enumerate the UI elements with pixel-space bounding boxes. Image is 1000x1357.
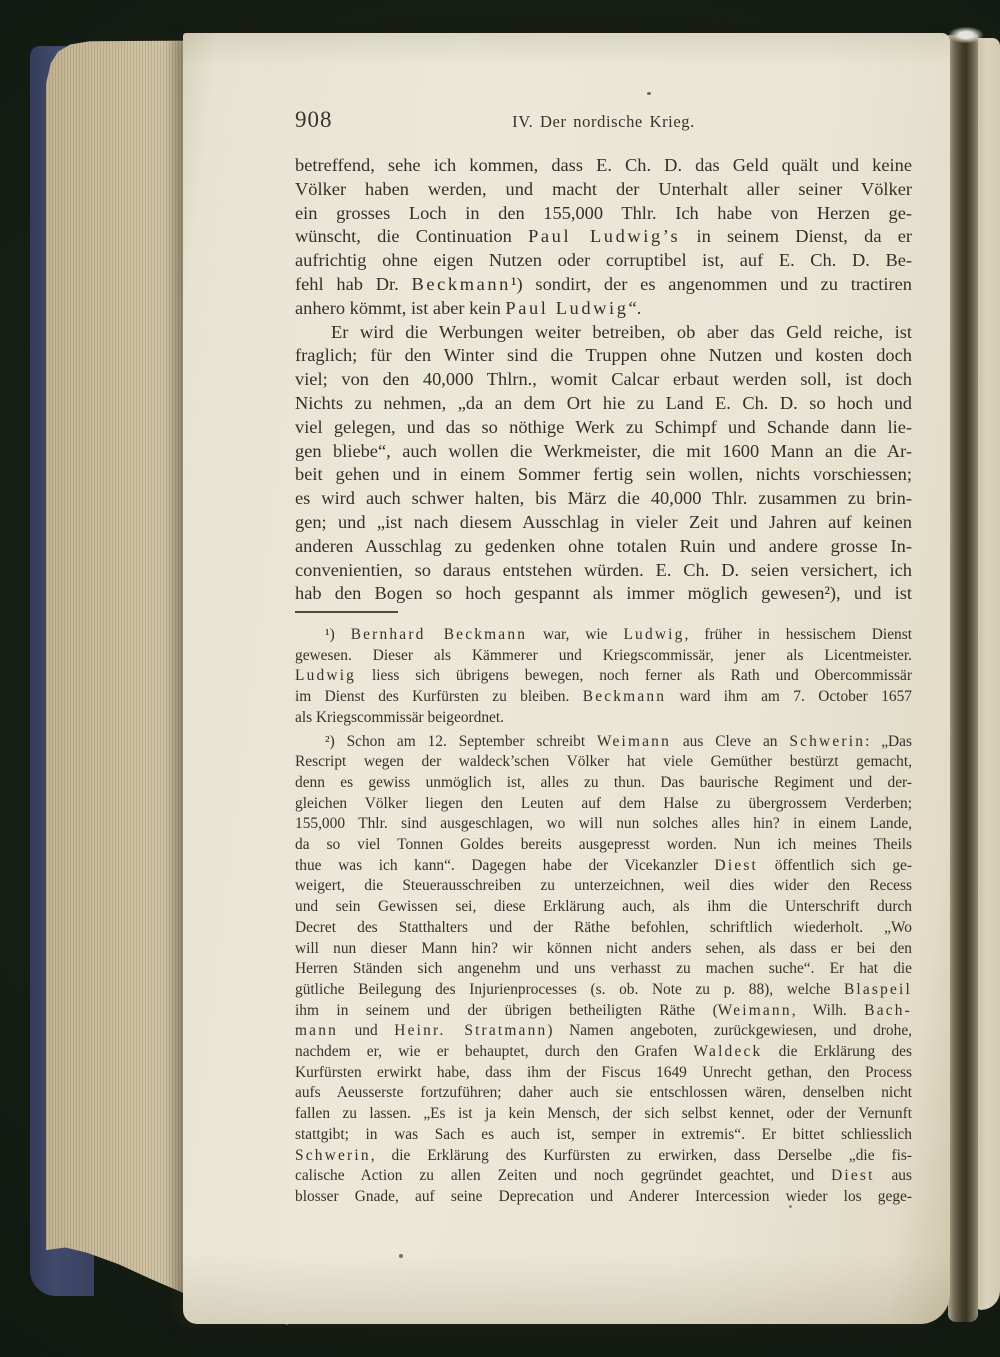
facing-page-edge [977, 38, 1000, 1310]
footnote-separator [295, 611, 398, 613]
footnote-1: ¹) Bernhard Beckmann war, wie Ludwig, fr… [295, 625, 912, 729]
paragraph-1: betreffend, sehe ich kommen, dass E. Ch.… [295, 154, 912, 321]
text-line: Herren Ständen sich angenehm und uns ver… [295, 959, 912, 980]
text-line: fallen zu lassen. „Es ist ja kein Mensch… [295, 1104, 912, 1125]
text-line: hab den Bogen so hoch gespannt als immer… [295, 582, 912, 606]
text-line: viel gelegen, und das so nöthige Werk zu… [295, 416, 912, 440]
spaced-name: Beckmann [583, 688, 666, 705]
text-line: im Dienst des Kurfürsten zu bleiben. Bec… [295, 687, 912, 708]
text-line: viel; von den 40,000 Thlrn., womit Calca… [295, 368, 912, 392]
spaced-name: Ludwig [623, 626, 684, 643]
text-line: Er wird die Werbungen weiter betreiben, … [295, 321, 912, 345]
spaced-name: Weimann [597, 733, 671, 750]
spaced-name: Heinr. Stratmann [394, 1022, 547, 1039]
text-line: will nun dieser Mann hin? wir können nic… [295, 939, 912, 960]
spaced-name: Bernhard Beckmann [351, 626, 527, 643]
text-line: als Kriegscommissär beigeordnet. [295, 708, 912, 729]
text-line: gewesen. Dieser als Kämmerer und Kriegsc… [295, 646, 912, 667]
spaced-name: Beckmann [412, 274, 511, 294]
spaced-name: Diest [715, 857, 759, 874]
text-line: aufrichtig ohne eigen Nutzen oder corrup… [295, 249, 912, 273]
text-line: ¹) Bernhard Beckmann war, wie Ludwig, fr… [295, 625, 912, 646]
text-line: Decret des Statthalters und der Räthe be… [295, 918, 912, 939]
dust-speck [647, 92, 651, 95]
spaced-name: Blaspeil [844, 981, 912, 998]
text-line: und sein Gewissen sei, diese Erklärung a… [295, 897, 912, 918]
text-line: nachdem er, wie er behauptet, durch den … [295, 1042, 912, 1063]
paragraph-2: Er wird die Werbungen weiter betreiben, … [295, 321, 912, 607]
text-line: ein grosses Loch in den 155,000 Thlr. Ic… [295, 202, 912, 226]
text-line: Kurfürsten erwirkt habe, dass ihm der Fi… [295, 1063, 912, 1084]
text-line: da so viel Tonnen Goldes bereits ausgepr… [295, 835, 912, 856]
text-line: Nichts zu nehmen, „da an dem Ort hie zu … [295, 392, 912, 416]
text-line: convenientien, so daraus entstehen würde… [295, 559, 912, 583]
spaced-name: Ludwig [295, 667, 356, 684]
text-line: anderen Ausschlag zu gedenken ohne total… [295, 535, 912, 559]
text-line: betreffend, sehe ich kommen, dass E. Ch.… [295, 154, 912, 178]
spaced-name: Paul Ludwig’s [528, 226, 680, 246]
text-line: weigert, die Steuerausschreiben zu unter… [295, 876, 912, 897]
text-line: thue was ich kann“. Dagegen habe der Vic… [295, 856, 912, 877]
text-line: fraglich; für den Winter sind die Truppe… [295, 344, 912, 368]
spaced-name: mann [295, 1022, 338, 1039]
text-line: wünscht, die Continuation Paul Ludwig’s … [295, 225, 912, 249]
book-scan: 908 IV. Der nordische Krieg. betreffend,… [0, 0, 1000, 1357]
text-line: Schwerin, die Erklärung des Kurfürsten z… [295, 1146, 912, 1167]
spaced-name: Weimann [718, 1002, 792, 1019]
text-line: beit gehen und in einem Sommer fertig se… [295, 463, 912, 487]
spaced-name: Bach- [864, 1002, 912, 1019]
text-line: gleichen Völker liegen den Leuten auf de… [295, 794, 912, 815]
text-line: gen; und „ist nach diesem Ausschlag in v… [295, 511, 912, 535]
text-line: stattgibt; in was Sach es auch ist, semp… [295, 1125, 912, 1146]
text-line: ihm in seinem und der übrigen betheiligt… [295, 1001, 912, 1022]
dust-speck [399, 1254, 403, 1258]
text-line: Rescript wegen der waldeck’schen Völker … [295, 752, 912, 773]
footnotes: ¹) Bernhard Beckmann war, wie Ludwig, fr… [295, 625, 912, 1208]
text-line: Völker haben werden, und macht der Unter… [295, 178, 912, 202]
spaced-name: Schwerin [789, 733, 865, 750]
dust-speck [789, 1205, 792, 1208]
text-line: es wird auch schwer halten, bis März die… [295, 487, 912, 511]
text-line: aufs Aeusserste fortzuführen; daher auch… [295, 1083, 912, 1104]
gutter-top-highlight [949, 27, 983, 43]
text-line: 155,000 Thlr. sind ausgeschlagen, wo wil… [295, 814, 912, 835]
text-line: gütliche Beilegung des Injurienprocesses… [295, 980, 912, 1001]
text-line: ²) Schon am 12. September schreibt Weima… [295, 732, 912, 753]
running-head: IV. Der nordische Krieg. [295, 112, 912, 132]
text-line: denn es gewiss unmöglich ist, alles zu t… [295, 773, 912, 794]
main-text: betreffend, sehe ich kommen, dass E. Ch.… [295, 154, 912, 606]
text-line: calische Action zu allen Zeiten und noch… [295, 1166, 912, 1187]
text-line: mann und Heinr. Stratmann) Namen angebot… [295, 1021, 912, 1042]
text-line: fehl hab Dr. Beckmann¹) sondirt, der es … [295, 273, 912, 297]
text-line: blosser Gnade, auf seine Deprecation und… [295, 1187, 912, 1208]
spaced-name: Diest [831, 1167, 875, 1184]
spaced-name: Waldeck [694, 1043, 763, 1060]
spaced-name: Paul Ludwig [505, 298, 628, 318]
text-line: anhero kömmt, ist aber kein Paul Ludwig“… [295, 297, 912, 321]
spaced-name: Schwerin [295, 1147, 371, 1164]
gutter-shadow [948, 35, 978, 1322]
book-page: 908 IV. Der nordische Krieg. betreffend,… [183, 33, 950, 1324]
footnote-2: ²) Schon am 12. September schreibt Weima… [295, 732, 912, 1208]
text-line: gen bliebe“, auch wollen die Werkmeister… [295, 440, 912, 464]
page-header: 908 IV. Der nordische Krieg. [295, 107, 912, 139]
text-line: Ludwig liess sich übrigens bewegen, noch… [295, 666, 912, 687]
